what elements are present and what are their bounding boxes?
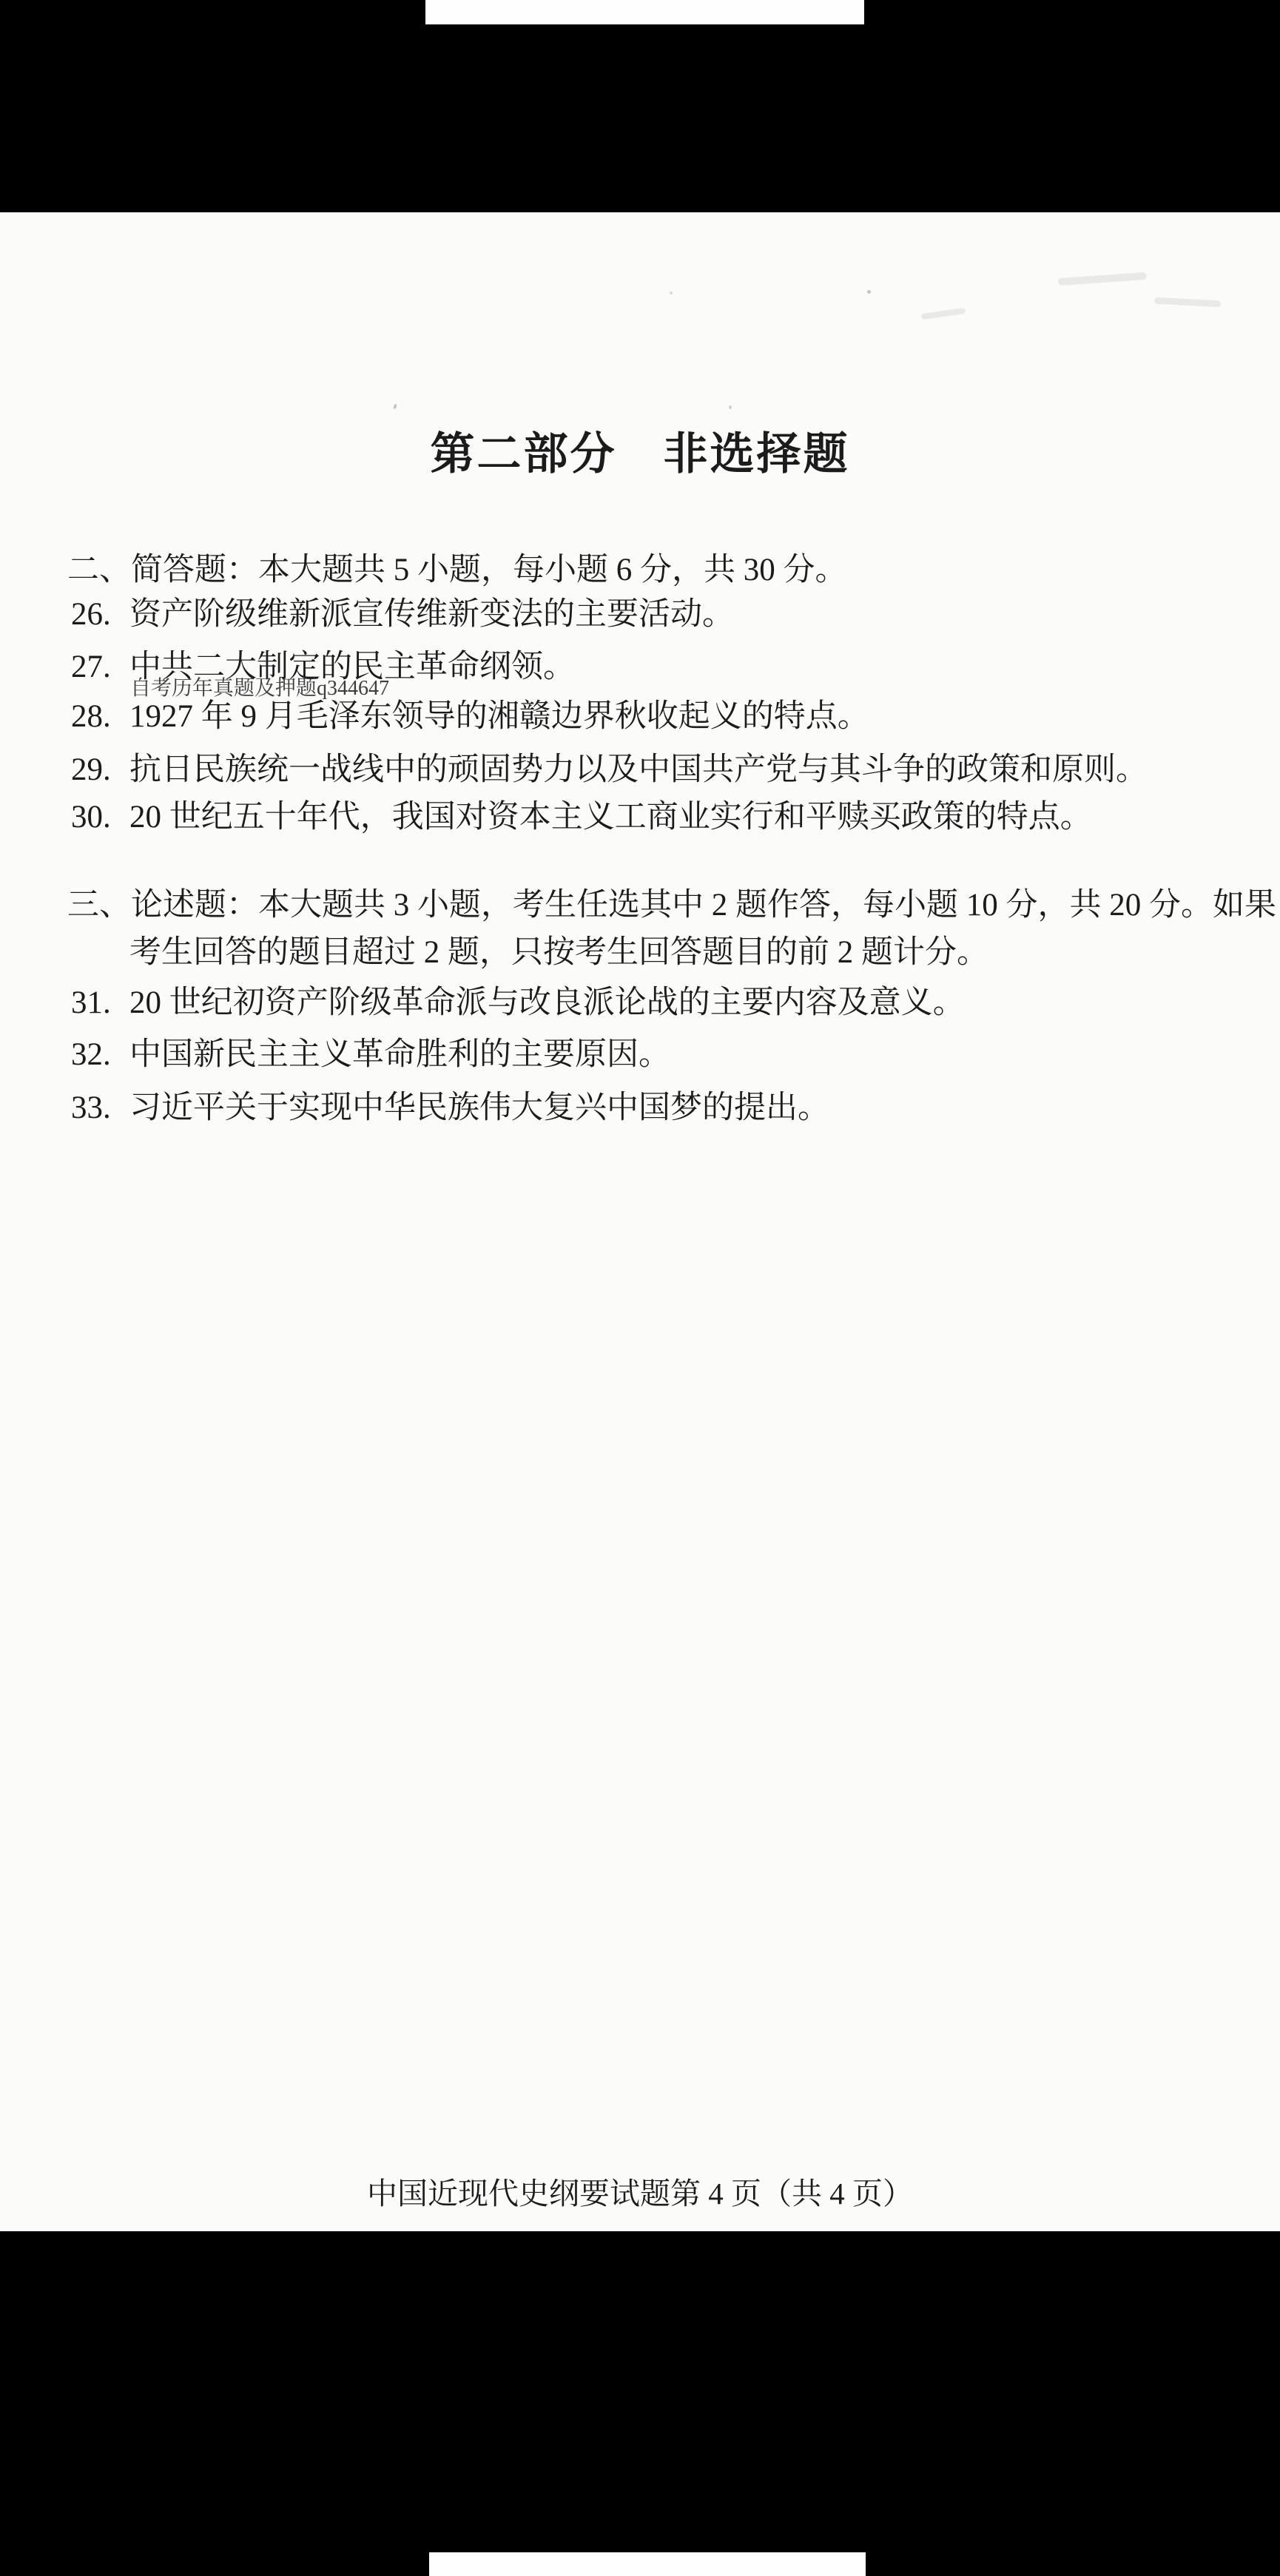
question-32-text: 中国新民主主义革命胜利的主要原因。 [129, 1037, 670, 1072]
scan-noise-smudge [1154, 297, 1221, 308]
scanned-exam-page: { "colors": { "band_black": "#000000", "… [0, 0, 1280, 2576]
scan-noise-speck [867, 290, 871, 294]
scan-noise-speck [729, 405, 732, 409]
page-title: 第二部分 非选择题 [0, 431, 1280, 478]
question-32-number: 32. [71, 1036, 129, 1073]
scan-noise-speck [670, 291, 673, 294]
question-30: 30.20 世纪五十年代，我国对资本主义工商业实行和平赎买政策的特点。 [71, 799, 1092, 836]
question-29-text: 抗日民族统一战线中的顽固势力以及中国共产党与其斗争的政策和原则。 [129, 752, 1148, 787]
question-32: 32.中国新民主主义革命胜利的主要原因。 [71, 1036, 670, 1073]
question-28-number: 28. [71, 698, 129, 735]
question-27-number: 27. [71, 649, 129, 686]
section-3-heading-line1: 三、论述题：本大题共 3 小题，考生任选其中 2 题作答，每小题 10 分，共 … [67, 887, 1276, 924]
question-30-number: 30. [71, 799, 129, 836]
bottom-scan-band [0, 2231, 1280, 2576]
question-29-number: 29. [71, 752, 129, 789]
bottom-scan-notch [429, 2552, 866, 2576]
scan-noise-smudge [921, 308, 966, 320]
section-2-heading: 二、简答题：本大题共 5 小题，每小题 6 分，共 30 分。 [67, 552, 847, 589]
page-footer: 中国近现代史纲要试题第 4 页（共 4 页） [0, 2176, 1280, 2211]
question-28-text: 1927 年 9 月毛泽东领导的湘赣边界秋收起义的特点。 [129, 699, 869, 734]
question-31-number: 31. [71, 985, 129, 1022]
top-scan-notch [425, 0, 864, 24]
question-31-text: 20 世纪初资产阶级革命派与改良派论战的主要内容及意义。 [129, 985, 965, 1020]
scan-noise-speck [393, 404, 397, 410]
question-33-number: 33. [71, 1090, 129, 1127]
question-26: 26.资产阶级维新派宣传维新变法的主要活动。 [71, 596, 734, 633]
question-28: 28.1927 年 9 月毛泽东领导的湘赣边界秋收起义的特点。 [71, 698, 869, 735]
question-26-number: 26. [71, 596, 129, 633]
question-33-text: 习近平关于实现中华民族伟大复兴中国梦的提出。 [129, 1090, 829, 1125]
question-33: 33.习近平关于实现中华民族伟大复兴中国梦的提出。 [71, 1090, 829, 1127]
question-26-text: 资产阶级维新派宣传维新变法的主要活动。 [129, 597, 734, 632]
section-3-heading-line2: 考生回答的题目超过 2 题，只按考生回答题目的前 2 题计分。 [129, 934, 988, 971]
watermark-text: 自考历年真题及押题q344647 [130, 677, 389, 701]
question-31: 31.20 世纪初资产阶级革命派与改良派论战的主要内容及意义。 [71, 985, 965, 1022]
top-scan-band [0, 0, 1280, 212]
question-29: 29.抗日民族统一战线中的顽固势力以及中国共产党与其斗争的政策和原则。 [71, 752, 1148, 789]
scan-noise-smudge [1058, 272, 1147, 286]
question-30-text: 20 世纪五十年代，我国对资本主义工商业实行和平赎买政策的特点。 [129, 800, 1092, 834]
